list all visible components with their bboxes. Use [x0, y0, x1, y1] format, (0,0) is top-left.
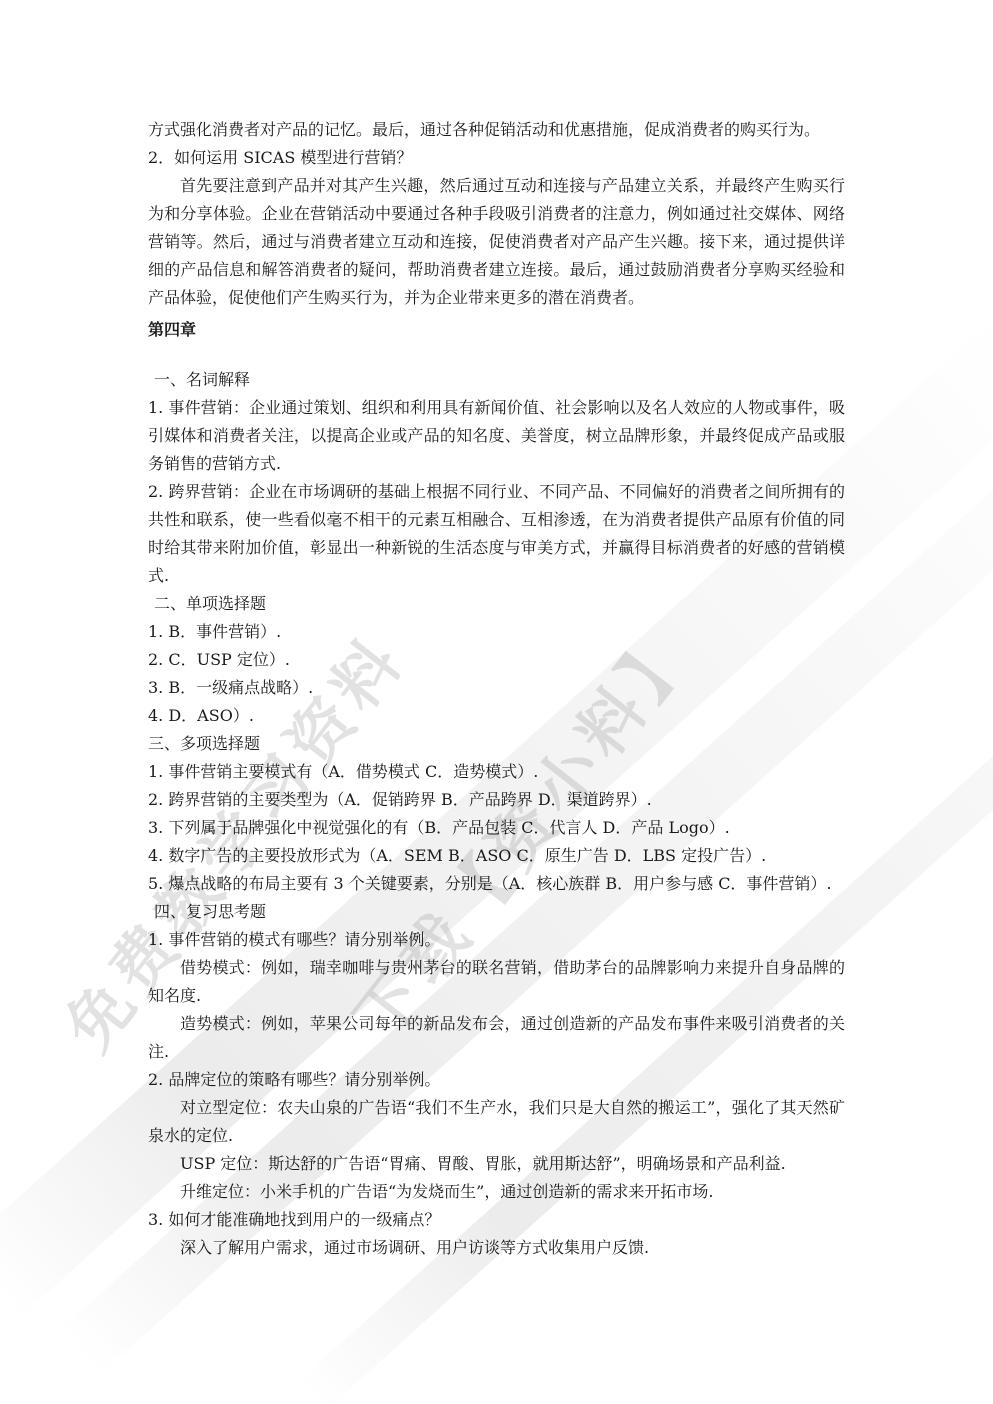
review-question: 1. 事件营销的模式有哪些？请分别举例。 [148, 926, 845, 954]
term-definition: 1. 事件营销：企业通过策划、组织和利用具有新闻价值、社会影响以及名人效应的人物… [148, 394, 845, 478]
document-page: 方式强化消费者对产品的记忆。最后，通过各种促销活动和优惠措施，促成消费者的购买行… [148, 116, 845, 1262]
chapter-title: 第四章 [148, 316, 845, 344]
answer-paragraph: 首先要注意到产品并对其产生兴趣，然后通过互动和连接与产品建立关系，并最终产生购买… [148, 172, 845, 312]
term-definition: 2. 跨界营销：企业在市场调研的基础上根据不同行业、不同产品、不同偏好的消费者之… [148, 478, 845, 590]
section-heading-multi-choice: 三、多项选择题 [148, 730, 845, 758]
review-answer: 对立型定位：农夫山泉的广告语“我们不生产水，我们只是大自然的搬运工”，强化了其天… [148, 1094, 845, 1150]
multi-choice-answer: 4. 数字广告的主要投放形式为（A．SEM B．ASO C．原生广告 D．LBS… [148, 842, 845, 870]
section-heading-review: 四、复习思考题 [148, 898, 845, 926]
single-choice-answer: 1. B．事件营销）. [148, 618, 845, 646]
review-answer: 借势模式：例如，瑞幸咖啡与贵州茅台的联名营销，借助茅台的品牌影响力来提升自身品牌… [148, 954, 845, 1010]
section-heading-single-choice: 二、单项选择题 [148, 590, 845, 618]
section-heading-terms: 一、名词解释 [148, 366, 845, 394]
question-title: 2．如何运用 SICAS 模型进行营销？ [148, 144, 845, 172]
multi-choice-answer: 1. 事件营销主要模式有（A．借势模式 C．造势模式）. [148, 758, 845, 786]
review-answer: USP 定位：斯达舒的广告语“胃痛、胃酸、胃胀，就用斯达舒”，明确场景和产品利益… [148, 1150, 845, 1178]
single-choice-answer: 4. D．ASO）. [148, 702, 845, 730]
review-answer: 造势模式：例如，苹果公司每年的新品发布会，通过创造新的产品发布事件来吸引消费者的… [148, 1010, 845, 1066]
multi-choice-answer: 3. 下列属于品牌强化中视觉强化的有（B．产品包装 C．代言人 D．产品 Log… [148, 814, 845, 842]
multi-choice-answer: 2. 跨界营销的主要类型为（A．促销跨界 B．产品跨界 D．渠道跨界）. [148, 786, 845, 814]
review-answer: 升维定位：小米手机的广告语“为发烧而生”，通过创造新的需求来开拓市场. [148, 1178, 845, 1206]
review-answer: 深入了解用户需求，通过市场调研、用户访谈等方式收集用户反馈. [148, 1234, 845, 1262]
single-choice-answer: 3. B．一级痛点战略）. [148, 674, 845, 702]
multi-choice-answer: 5. 爆点战略的布局主要有 3 个关键要素，分别是（A．核心族群 B．用户参与感… [148, 870, 845, 898]
review-question: 3. 如何才能准确地找到用户的一级痛点？ [148, 1206, 845, 1234]
single-choice-answer: 2. C．USP 定位）. [148, 646, 845, 674]
review-question: 2. 品牌定位的策略有哪些？请分别举例。 [148, 1066, 845, 1094]
intro-paragraph: 方式强化消费者对产品的记忆。最后，通过各种促销活动和优惠措施，促成消费者的购买行… [148, 116, 845, 144]
